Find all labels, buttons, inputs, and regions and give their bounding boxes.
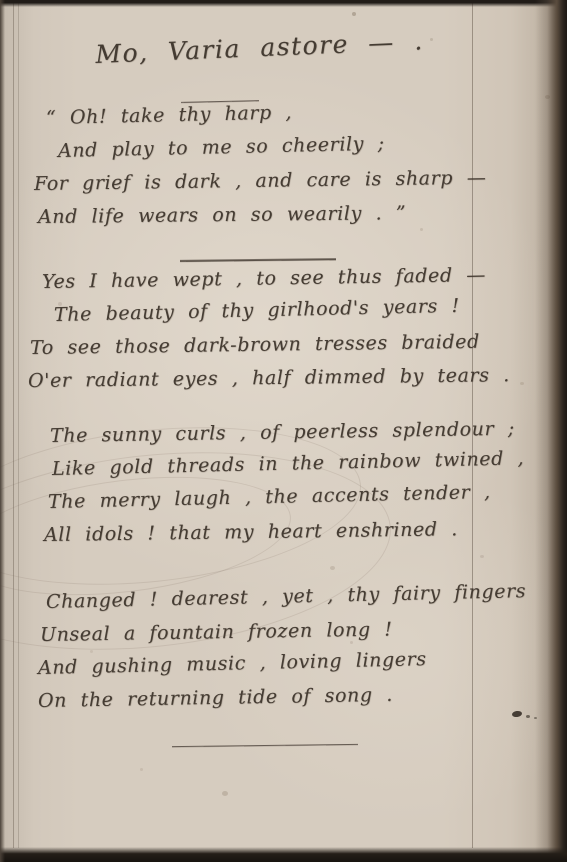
foxing-spot — [222, 791, 228, 796]
end-divider-stroke — [172, 744, 358, 747]
stanza-1: “ Oh! take thy harp , And play to me so … — [28, 102, 567, 234]
poem-line: For grief is dark , and care is sharp — — [34, 161, 567, 201]
foxing-spot — [520, 382, 524, 385]
page-edge-shadow-left — [0, 0, 5, 862]
left-margin-rule-line — [13, 0, 19, 848]
stanza-4: Changed ! dearest , yet , thy fairy fing… — [28, 586, 567, 718]
stanza-3: The sunny curls , of peerless splendour … — [28, 420, 567, 552]
page-edge-shadow-bottom — [0, 847, 567, 862]
foxing-spot — [420, 228, 423, 231]
poem-line: O'er radiant eyes , half dimmed by tears… — [28, 358, 567, 398]
stanza-2: Yes I have wept , to see thus faded — Th… — [28, 266, 567, 398]
foxing-spot — [90, 650, 93, 653]
foxing-spot — [430, 38, 433, 41]
page-edge-shadow-right — [535, 0, 567, 862]
poem-line: All idols ! that my heart enshrined . — [44, 512, 567, 552]
ink-blot — [526, 715, 530, 718]
poem-line: And life wears on so wearily . ” — [38, 195, 567, 234]
foxing-spot — [480, 555, 484, 558]
foxing-spot — [330, 566, 335, 570]
page-title: Mo, Varia astore — . — [95, 26, 424, 69]
foxing-spot — [350, 641, 353, 644]
foxing-spot — [352, 12, 356, 16]
foxing-spot — [140, 768, 143, 771]
foxing-spot — [58, 302, 62, 306]
page-edge-shadow-top — [0, 0, 567, 7]
manuscript-page: Mo, Varia astore — . “ Oh! take thy harp… — [0, 0, 567, 862]
